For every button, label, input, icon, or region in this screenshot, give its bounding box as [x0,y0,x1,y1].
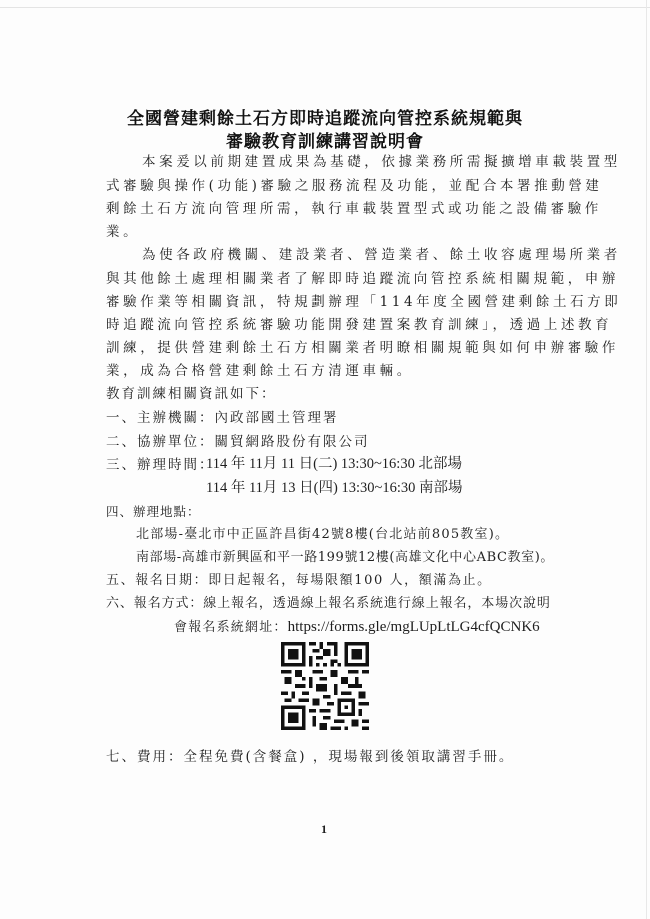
scan-edge-top [0,7,650,8]
registration-url-link[interactable]: https://forms.gle/mgLUpLtLG4cfQCNK6 [288,619,540,635]
paragraph-line: 為使各政府機關、建設業者、營造業者、餘土收容處理場所業者 [142,246,621,264]
paragraph-line: 訓練，提供營建剩餘土石方相關業者明瞭相關規範與如何申辦審驗作 [106,339,619,357]
paragraph-line: 業。 [106,223,140,241]
registration-url-label: 會報名系統網址：https://forms.gle/mgLUpLtLG4cfQC… [174,618,540,637]
qr-code-icon[interactable] [281,642,369,730]
paragraph-line: 剩餘土石方流向管理所需，執行車載裝置型式或功能之設備審驗作 [106,200,602,218]
paragraph-line: 與其他餘土處理相關業者了解即時追蹤流向管控系統相關規範，申辦 [106,270,619,288]
venue-south: 南部場-高雄市新興區和平一路199號12樓(高雄文化中心ABC教室)。 [136,549,554,567]
registration-date: 五、報名日期：即日起報名，每場限額100 人，額滿為止。 [106,572,492,590]
co-organizer-item: 二、協辦單位：關貿網路股份有限公司 [106,433,370,451]
venue-north: 北部場-臺北市中正區許昌街42號8樓(台北站前805教室)。 [136,526,509,544]
info-intro: 教育訓練相關資訊如下： [106,385,277,403]
page-number: 1 [321,822,327,837]
paragraph-line: 時追蹤流向管控系統審驗功能開發建置案教育訓練」，透過上述教育 [106,316,612,334]
organizer-item: 一、主辦機關：內政部國土管理署 [106,409,339,427]
document-title-line1: 全國營建剩餘土石方即時追蹤流向管控系統規範與 [0,104,650,129]
time-north: 114 年 11月 11 日(二) 13:30~16:30 北部場 [206,455,462,473]
fee-item: 七、費用：全程免費(含餐盒) ，現場報到後領取講習手冊。 [106,748,514,766]
document-title-line2: 審驗教育訓練講習說明會 [0,127,650,152]
venue-label: 四、辦理地點： [106,503,201,521]
paragraph-line: 本案爰以前期建置成果為基礎，依據業務所需擬擴增車載裝置型 [142,153,621,171]
registration-url-prefix: 會報名系統網址： [174,620,288,635]
paragraph-line: 審驗作業等相關資訊，特規劃辦理「114年度全國營建剩餘土石方即 [106,293,621,311]
time-south: 114 年 11月 13 日(四) 13:30~16:30 南部場 [206,479,462,497]
paragraph-line: 業，成為合格營建剩餘土石方清運車輛。 [106,362,414,380]
paragraph-line: 式審驗與操作(功能)審驗之服務流程及功能，並配合本署推動營建 [106,177,603,195]
time-label: 三、辦理時間： [106,456,215,474]
registration-method: 六、報名方式：線上報名，透過線上報名系統進行線上報名，本場次說明 [106,595,551,613]
